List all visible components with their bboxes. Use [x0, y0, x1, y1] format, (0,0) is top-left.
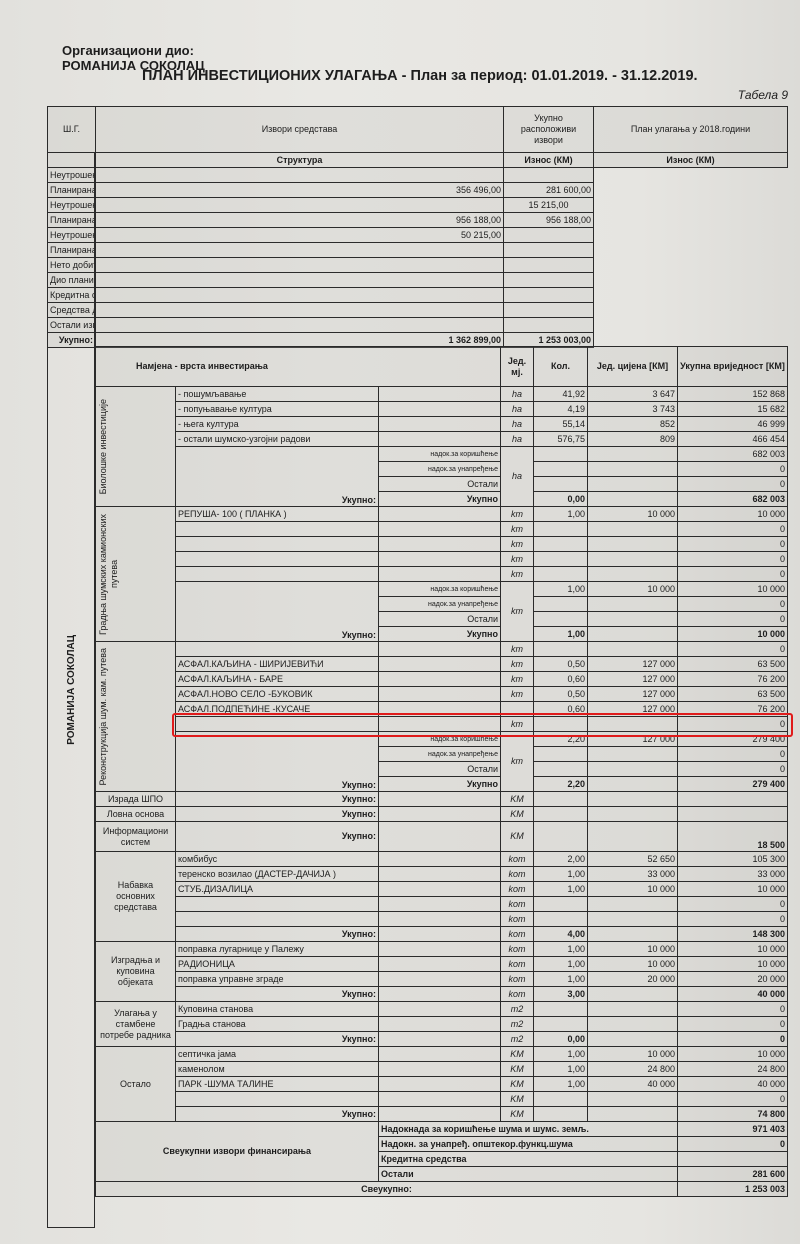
table-row: KM0	[96, 1092, 788, 1107]
item-unit: ha	[501, 432, 534, 447]
fin-price: 10 000	[588, 582, 678, 597]
fin-value: 0	[678, 612, 788, 627]
fin-qty	[534, 462, 588, 477]
item-unit: KM	[501, 1077, 534, 1092]
item-qty: 1,00	[534, 867, 588, 882]
item-financing	[379, 522, 501, 537]
blank	[534, 822, 588, 852]
item-financing	[379, 882, 501, 897]
source-row: Планирана амортизација у 2019. години356…	[48, 183, 788, 198]
section-total-label: Укупно:	[176, 1107, 379, 1122]
financing-source: Остали	[379, 477, 501, 492]
item-qty: 2,00	[534, 852, 588, 867]
item-value: 0	[678, 897, 788, 912]
section-total-value: 682 003	[678, 492, 788, 507]
table-row: Улагања у стамбене потребе радникаКупови…	[96, 1002, 788, 1017]
item-financing	[379, 402, 501, 417]
item-label: Градња станова	[176, 1017, 379, 1032]
table-row: АСФАЛ.НОВО СЕЛО -БУКОВИКkm0,50127 00063 …	[96, 687, 788, 702]
item-unit: km	[501, 672, 534, 687]
item-price: 10 000	[588, 942, 678, 957]
summary-row-label: Остали	[379, 1167, 678, 1182]
item-financing	[379, 387, 501, 402]
col-value-header: Укупна вриједност [КМ]	[678, 347, 788, 387]
financing-source: надок.за коришћење	[379, 447, 501, 462]
table-row: kom0	[96, 912, 788, 927]
item-qty: 1,00	[534, 972, 588, 987]
fin-unit: km	[501, 732, 534, 792]
item-label: комбибус	[176, 852, 379, 867]
fin-qty	[534, 597, 588, 612]
fin-qty	[534, 477, 588, 492]
item-financing	[379, 672, 501, 687]
amount-header-2: Износ (КМ)	[594, 153, 788, 168]
item-value: 10 000	[678, 882, 788, 897]
summary-row-value: 281 600	[678, 1167, 788, 1182]
table-row: каменоломKM1,0024 80024 800	[96, 1062, 788, 1077]
item-qty	[534, 642, 588, 657]
section-total-price	[588, 777, 678, 792]
source-plan: 956 188,00	[504, 213, 594, 228]
item-financing	[379, 507, 501, 522]
item-price: 127 000	[588, 657, 678, 672]
item-qty	[534, 522, 588, 537]
source-row: Средства донације	[48, 303, 788, 318]
item-financing	[379, 972, 501, 987]
highlight-box	[172, 713, 793, 737]
item-price: 127 000	[588, 687, 678, 702]
section-label: Набавка основних средстава	[96, 852, 176, 942]
table-row: - њега култураha55,1485246 999	[96, 417, 788, 432]
col-plan-header: План улагања у 2018.години	[594, 107, 788, 153]
source-available: 50 215,00	[96, 228, 504, 243]
item-qty: 576,75	[534, 432, 588, 447]
item-value: 10 000	[678, 507, 788, 522]
section-label: Улагања у стамбене потребе радника	[96, 1002, 176, 1047]
item-unit: kom	[501, 852, 534, 867]
item-financing	[379, 552, 501, 567]
item-label: - њега култура	[176, 417, 379, 432]
item-price	[588, 1002, 678, 1017]
source-available	[96, 258, 504, 273]
fin-price	[588, 612, 678, 627]
table-row: Градња становаm20	[96, 1017, 788, 1032]
fin-unit: ha	[501, 447, 534, 507]
item-qty: 1,00	[534, 1062, 588, 1077]
section-total-value: 74 800	[678, 1107, 788, 1122]
blank	[588, 987, 678, 1002]
item-financing	[379, 417, 501, 432]
table-row: Свеукупно:1 253 003	[96, 1182, 788, 1197]
item-unit: ha	[501, 387, 534, 402]
item-price: 10 000	[588, 1047, 678, 1062]
item-price: 40 000	[588, 1077, 678, 1092]
blank	[588, 1107, 678, 1122]
blank	[588, 822, 678, 852]
fin-qty	[534, 447, 588, 462]
source-plan	[504, 168, 594, 183]
item-value: 24 800	[678, 1062, 788, 1077]
fin-unit: km	[501, 582, 534, 642]
section-label: Реконструкција шум. кам. путева	[96, 642, 176, 792]
blank	[588, 1032, 678, 1047]
item-unit: km	[501, 567, 534, 582]
item-value	[678, 807, 788, 822]
blank	[534, 807, 588, 822]
item-value: 10 000	[678, 942, 788, 957]
item-label: - попуњавање култура	[176, 402, 379, 417]
sg-name: РОМАНИЈА СОКОЛАЦ	[66, 635, 77, 745]
table-row: Укупно:kom4,00148 300	[96, 927, 788, 942]
item-unit: KM	[501, 807, 534, 822]
section-total-qty: 0,00	[534, 492, 588, 507]
section-label: Остало	[96, 1047, 176, 1122]
item-value: 33 000	[678, 867, 788, 882]
table-row: Укупно:m20,000	[96, 1032, 788, 1047]
table-row: Свеукупни извори финансирањаНадокнада за…	[96, 1122, 788, 1137]
blank	[379, 807, 501, 822]
item-unit: km	[501, 657, 534, 672]
blank	[379, 987, 501, 1002]
table-row: СТУБ.ДИЗАЛИЦАkom1,0010 00010 000	[96, 882, 788, 897]
item-qty: 0,50	[534, 657, 588, 672]
item-financing	[379, 867, 501, 882]
item-unit: ha	[501, 402, 534, 417]
section-name: Биолошке инвестиције	[98, 399, 109, 494]
item-label: - остали шумско-узгојни радови	[176, 432, 379, 447]
item-label: АСФАЛ.КАЉИНА - ШИРИЈЕВИЋИ	[176, 657, 379, 672]
source-available	[96, 168, 504, 183]
section-total-value: 0	[678, 1032, 788, 1047]
table-row: Укупно:надок.за коришћењеha682 003	[96, 447, 788, 462]
source-available	[96, 288, 504, 303]
item-qty: 1,00	[534, 942, 588, 957]
item-qty: 55,14	[534, 417, 588, 432]
table-row: Реконструкција шум. кам. путеваkm0	[96, 642, 788, 657]
table-row: - остали шумско-узгојни радовиha576,7580…	[96, 432, 788, 447]
fin-qty	[534, 762, 588, 777]
item-qty	[534, 537, 588, 552]
item-financing	[379, 642, 501, 657]
item-label: теренско возилао (ДАСТЕР-ДАЧИЈА )	[176, 867, 379, 882]
item-label	[176, 912, 379, 927]
col-sg-header: Ш.Г.	[48, 107, 96, 153]
item-financing	[379, 1077, 501, 1092]
sources-table: Ш.Г. Извори средстава Укупно расположиви…	[47, 106, 788, 348]
item-label	[176, 567, 379, 582]
source-row: Дио планираног нето добитка у 2019.годин…	[48, 273, 788, 288]
section-total-label2: Укупно	[379, 777, 501, 792]
blank	[588, 927, 678, 942]
item-price: 3 743	[588, 402, 678, 417]
fin-price	[588, 762, 678, 777]
table-row: Набавка основних средставакомбибусkom2,0…	[96, 852, 788, 867]
item-label: РАДИОНИЦА	[176, 957, 379, 972]
item-qty: 1,00	[534, 957, 588, 972]
item-label: каменолом	[176, 1062, 379, 1077]
table-number: Табела 9	[738, 88, 788, 103]
section-total-value: 40 000	[678, 987, 788, 1002]
item-unit: km	[501, 642, 534, 657]
item-value: 0	[678, 567, 788, 582]
col-unit-header: Јед. мј.	[501, 347, 534, 387]
table-row: Укупно:kom3,0040 000	[96, 987, 788, 1002]
source-plan	[504, 258, 594, 273]
source-row: Неутрошена средс. надокн. за коришћ. шум…	[48, 198, 788, 213]
item-label: АСФАЛ.НОВО СЕЛО -БУКОВИК	[176, 687, 379, 702]
section-label: Биолошке инвестиције	[96, 387, 176, 507]
financing-source: надок.за унапређење	[379, 597, 501, 612]
amount-header-1: Износ (КМ)	[504, 153, 594, 168]
section-total-value: 279 400	[678, 777, 788, 792]
financing-source: надок.за унапређење	[379, 462, 501, 477]
item-price	[588, 567, 678, 582]
col-qty-header: Кол.	[534, 347, 588, 387]
section-total-price	[588, 627, 678, 642]
source-plan	[504, 228, 594, 243]
section-name: Градња шумских камионских путева	[98, 507, 120, 641]
source-available	[96, 273, 504, 288]
source-row: Планирана средства надокн. за коришћ. шу…	[48, 213, 788, 228]
source-plan	[504, 243, 594, 258]
item-value: 18 500	[678, 822, 788, 852]
item-price: 10 000	[588, 507, 678, 522]
item-price: 10 000	[588, 882, 678, 897]
item-price	[588, 552, 678, 567]
blank	[379, 927, 501, 942]
item-financing	[379, 852, 501, 867]
item-label	[176, 897, 379, 912]
col-sources-header: Извори средстава	[96, 107, 504, 153]
item-price	[588, 537, 678, 552]
item-unit: KM	[501, 1062, 534, 1077]
item-price: 52 650	[588, 852, 678, 867]
table-row: поправка управне зградеkom1,0020 00020 0…	[96, 972, 788, 987]
item-price	[588, 1092, 678, 1107]
item-value	[678, 792, 788, 807]
item-qty	[534, 897, 588, 912]
section-total-price	[588, 492, 678, 507]
item-value: 152 868	[678, 387, 788, 402]
source-plan	[504, 303, 594, 318]
fin-value: 682 003	[678, 447, 788, 462]
item-unit: KM	[501, 1047, 534, 1062]
item-value: 40 000	[678, 1077, 788, 1092]
item-label: СТУБ.ДИЗАЛИЦА	[176, 882, 379, 897]
source-plan: 15 215,00	[504, 198, 594, 213]
fin-value: 10 000	[678, 582, 788, 597]
financing-source: надок.за унапређење	[379, 747, 501, 762]
item-value: 0	[678, 537, 788, 552]
table-row: km0	[96, 567, 788, 582]
fin-price	[588, 747, 678, 762]
financing-source: надок.за коришћење	[379, 582, 501, 597]
section-label: Израда ШПО	[96, 792, 176, 807]
blank	[379, 822, 501, 852]
item-label	[176, 522, 379, 537]
table-row: Изградња и куповина објекатапоправка луг…	[96, 942, 788, 957]
item-value: 0	[678, 552, 788, 567]
table-row: ПАРК -ШУМА ТАЛИНЕKM1,0040 00040 000	[96, 1077, 788, 1092]
section-total-label: Укупно:	[176, 927, 379, 942]
item-label: АСФАЛ.КАЉИНА - БАРЕ	[176, 672, 379, 687]
section-label: Изградња и куповина објеката	[96, 942, 176, 1002]
summary-row-value	[678, 1152, 788, 1167]
item-price	[588, 1017, 678, 1032]
section-total-qty: 2,20	[534, 777, 588, 792]
item-financing	[379, 1047, 501, 1062]
table-row: АСФАЛ.КАЉИНА - БАРЕkm0,60127 00076 200	[96, 672, 788, 687]
item-unit: m2	[501, 1017, 534, 1032]
fin-value: 0	[678, 477, 788, 492]
item-qty: 4,19	[534, 402, 588, 417]
source-row: Нето добитак из претходних година	[48, 258, 788, 273]
fin-value: 0	[678, 597, 788, 612]
source-row: Неутрошена амортизација из претходних го…	[48, 168, 788, 183]
fin-value: 0	[678, 747, 788, 762]
item-financing	[379, 657, 501, 672]
table-row: - попуњавање култураha4,193 74315 682	[96, 402, 788, 417]
section-total-value: 148 300	[678, 927, 788, 942]
financing-source: Остали	[379, 612, 501, 627]
item-value: 0	[678, 912, 788, 927]
fin-qty	[534, 612, 588, 627]
table-row: АСФАЛ.КАЉИНА - ШИРИЈЕВИЋИkm0,50127 00063…	[96, 657, 788, 672]
total-unit: kom	[501, 927, 534, 942]
item-qty	[534, 1092, 588, 1107]
investments-table: Намјена - врста инвестирања Јед. мј. Кол…	[95, 346, 788, 1197]
item-price: 3 647	[588, 387, 678, 402]
item-qty	[534, 912, 588, 927]
table-row: Укупно:KM74 800	[96, 1107, 788, 1122]
table-row: Укупно:надок.за коришћењеkm1,0010 00010 …	[96, 582, 788, 597]
section-total-qty: 0,00	[534, 1032, 588, 1047]
item-price: 809	[588, 432, 678, 447]
item-label: поправка лугарнице у Палежу	[176, 942, 379, 957]
blank	[534, 792, 588, 807]
col-price-header: Јед. цијена [КМ]	[588, 347, 678, 387]
summary-row-label: Надокнада за коришћење шума и шумс. земљ…	[379, 1122, 678, 1137]
item-unit: KM	[501, 1092, 534, 1107]
fin-blank: Укупно:	[176, 447, 379, 507]
table-row: kom0	[96, 897, 788, 912]
section-total-label2: Укупно	[379, 627, 501, 642]
item-price: 20 000	[588, 972, 678, 987]
summary-row-value: 971 403	[678, 1122, 788, 1137]
item-financing	[379, 1092, 501, 1107]
source-plan	[504, 318, 594, 333]
table-row: Биолошке инвестиције- пошумљавањеha41,92…	[96, 387, 788, 402]
fin-blank: Укупно:	[176, 582, 379, 642]
col-purpose-header: Намјена - врста инвестирања	[96, 347, 501, 387]
col-available-header: Укупно расположиви извори	[504, 107, 594, 153]
item-financing	[379, 567, 501, 582]
section-total-label: Укупно:	[176, 987, 379, 1002]
item-qty	[534, 1002, 588, 1017]
item-financing	[379, 1017, 501, 1032]
item-unit: KM	[501, 792, 534, 807]
org-label: Организациони дио:	[62, 43, 194, 58]
grand-total-value: 1 253 003	[678, 1182, 788, 1197]
table-row: Информациони системУкупно:KM18 500	[96, 822, 788, 852]
item-unit: kom	[501, 912, 534, 927]
summary-row-value: 0	[678, 1137, 788, 1152]
grand-total-label: Свеукупно:	[96, 1182, 678, 1197]
blank	[588, 792, 678, 807]
item-price: 127 000	[588, 672, 678, 687]
section-total-qty	[534, 1107, 588, 1122]
section-total-label: Укупно:	[176, 1032, 379, 1047]
item-financing	[379, 687, 501, 702]
item-label	[176, 552, 379, 567]
item-value: 105 300	[678, 852, 788, 867]
table-row: km0	[96, 522, 788, 537]
table-row: km0	[96, 552, 788, 567]
source-available: 956 188,00	[96, 213, 504, 228]
table-row: Градња шумских камионских путеваРЕПУША- …	[96, 507, 788, 522]
section-total-label2: Укупно	[379, 492, 501, 507]
item-label	[176, 1092, 379, 1107]
fin-qty	[534, 747, 588, 762]
item-value: 0	[678, 642, 788, 657]
table-row: РАДИОНИЦАkom1,0010 00010 000	[96, 957, 788, 972]
item-unit: km	[501, 537, 534, 552]
item-label: - пошумљавање	[176, 387, 379, 402]
item-unit: kom	[501, 972, 534, 987]
item-unit: kom	[501, 897, 534, 912]
section-total-label: Укупно:	[176, 822, 379, 852]
item-financing	[379, 942, 501, 957]
item-value: 15 682	[678, 402, 788, 417]
section-label: Ловна основа	[96, 807, 176, 822]
item-unit: kom	[501, 957, 534, 972]
section-total-value: 10 000	[678, 627, 788, 642]
source-plan	[504, 273, 594, 288]
blank	[588, 807, 678, 822]
source-available	[96, 243, 504, 258]
item-value: 20 000	[678, 972, 788, 987]
item-value: 63 500	[678, 657, 788, 672]
item-value: 0	[678, 1017, 788, 1032]
table-row: km0	[96, 537, 788, 552]
item-value: 10 000	[678, 1047, 788, 1062]
table-row: Израда ШПОУкупно:KM	[96, 792, 788, 807]
item-unit: km	[501, 507, 534, 522]
item-qty: 1,00	[534, 1077, 588, 1092]
fin-price	[588, 477, 678, 492]
item-label: ПАРК -ШУМА ТАЛИНЕ	[176, 1077, 379, 1092]
section-total-label: Укупно:	[176, 792, 379, 807]
blank	[379, 1032, 501, 1047]
item-qty: 0,60	[534, 672, 588, 687]
section-label: Информациони систем	[96, 822, 176, 852]
document-title: ПЛАН ИНВЕСТИЦИОНИХ УЛАГАЊА - План за пер…	[142, 69, 698, 84]
item-value: 0	[678, 1092, 788, 1107]
table-row: Осталосептичка јамаKM1,0010 00010 000	[96, 1047, 788, 1062]
source-row: Кредитна средства	[48, 288, 788, 303]
item-qty: 41,92	[534, 387, 588, 402]
item-price: 33 000	[588, 867, 678, 882]
item-price	[588, 912, 678, 927]
total-unit: KM	[501, 1107, 534, 1122]
table-row: теренско возилао (ДАСТЕР-ДАЧИЈА )kom1,00…	[96, 867, 788, 882]
item-label	[176, 537, 379, 552]
source-available	[96, 318, 504, 333]
source-row: Планирана средства надокн. за унапређ. о…	[48, 243, 788, 258]
table-row: Ловна основаУкупно:KM	[96, 807, 788, 822]
source-available	[96, 198, 504, 213]
section-name: Реконструкција шум. кам. путева	[98, 648, 109, 786]
